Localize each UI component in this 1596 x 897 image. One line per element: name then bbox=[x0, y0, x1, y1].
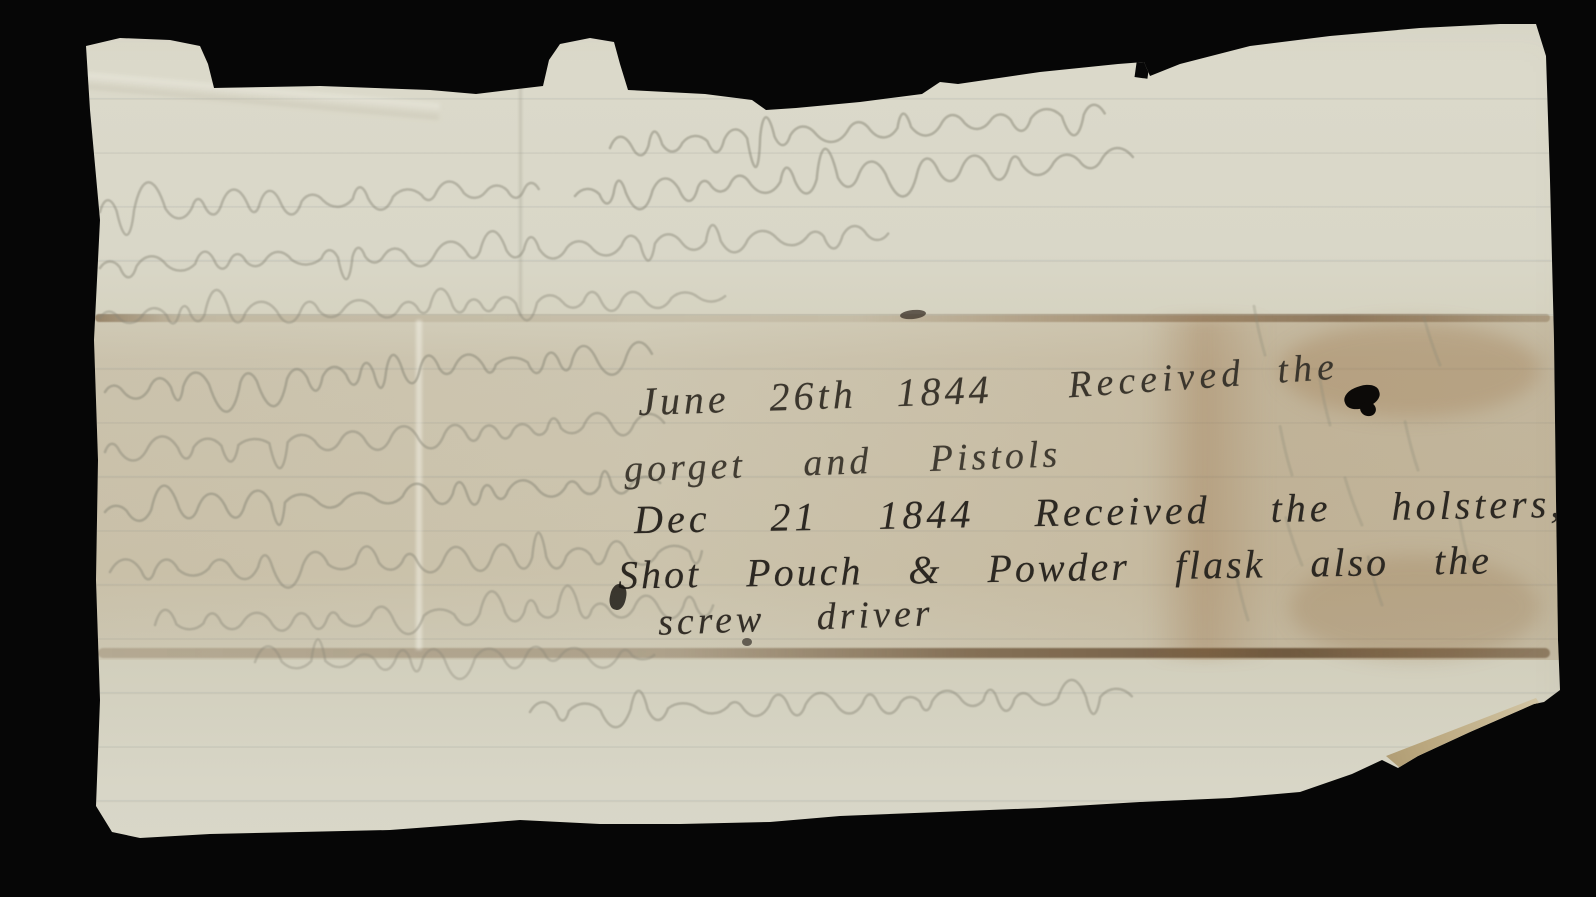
paper-sheet: June 26th 1844 Received the gorget and P… bbox=[0, 0, 1596, 897]
scanned-document-photo: June 26th 1844 Received the gorget and P… bbox=[0, 0, 1596, 897]
paper-shading bbox=[0, 0, 1596, 897]
